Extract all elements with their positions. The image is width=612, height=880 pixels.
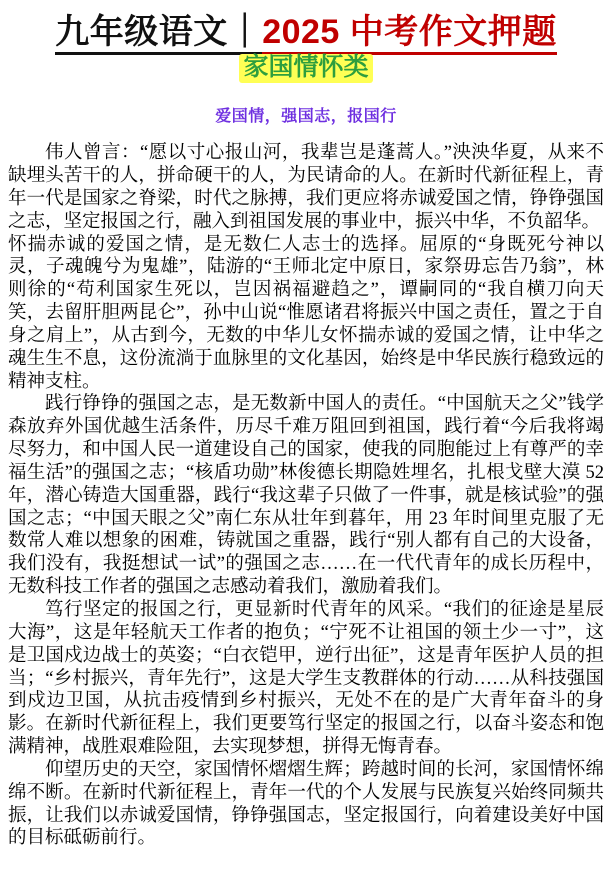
page-title-highlight: 2025 中考作文押题 — [262, 13, 557, 55]
paragraph-conclusion: 仰望历史的天空，家国情怀熠熠生辉；跨越时间的长河，家国情怀绵绵不断。在新时代新征… — [8, 759, 604, 850]
category-line: 家国情怀类 — [0, 54, 612, 83]
essay-subtitle: 爱国情，强国志，报国行 — [0, 103, 612, 126]
page-title: 九年级语文｜2025 中考作文押题 — [0, 14, 612, 51]
category-badge: 家国情怀类 — [239, 54, 372, 83]
paragraph-serve-nation-action: 笃行坚定的报国之行，更显新时代青年的风采。“我们的征途是星辰大海”，这是年轻航天… — [8, 599, 604, 759]
paragraph-intro: 伟人曾言：“愿以寸心报山河，我辈岂是蓬蒿人。”泱泱华夏，从来不缺埋头苦干的人，拼… — [8, 142, 604, 233]
document-page: 九年级语文｜2025 中考作文押题 家国情怀类 爱国情，强国志，报国行 伟人曾言… — [0, 0, 612, 880]
page-title-prefix: 九年级语文｜ — [55, 13, 262, 55]
paragraph-patriotic-feeling: 怀揣赤诚的爱国之情，是无数仁人志士的选择。屈原的“身既死兮神以灵，子魂魄兮为鬼雄… — [8, 234, 604, 394]
paragraph-strong-nation-will: 践行铮铮的强国之志，是无数新中国人的责任。“中国航天之父”钱学森放弃外国优越生活… — [8, 393, 604, 599]
essay-body: 伟人曾言：“愿以寸心报山河，我辈岂是蓬蒿人。”泱泱华夏，从来不缺埋头苦干的人，拼… — [0, 142, 612, 850]
